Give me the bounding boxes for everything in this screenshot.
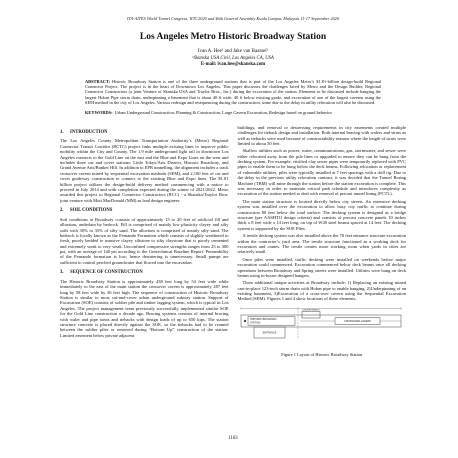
- station-layout-schematic: HISTORIC BROADWAY STATION UNDERPINNING C…: [238, 306, 406, 350]
- paper-page: ITA-AITES World Tunnel Congress, WTC2020…: [0, 0, 458, 458]
- entrance-label: ENTRANCE: [262, 331, 276, 334]
- abstract-label: ABSTRACT:: [85, 79, 110, 84]
- abstract: ABSTRACT:Historic Broadway Station is on…: [85, 79, 381, 106]
- section-heading-sequence-of-construction: 3. SEQUENCE OF CONSTRUCTION: [60, 270, 229, 276]
- section-number: 1.: [60, 130, 70, 136]
- station-west-end-marker: [244, 320, 246, 322]
- paragraph: buildings, and removal or destressing re…: [238, 125, 407, 147]
- keywords-label: KEYWORDS:: [85, 110, 113, 115]
- page-number: 1103: [60, 436, 406, 441]
- paragraph: Once piles were installed, traffic decki…: [238, 257, 407, 279]
- section-number: 2.: [60, 208, 70, 214]
- keywords-text: Urban Underground Construction, Planning…: [115, 110, 332, 115]
- paragraph: Soil conditions at Broadway consists of …: [60, 217, 229, 266]
- paragraph: A trestle decking system was also instal…: [238, 233, 407, 255]
- figure-1-layout-diagram: HISTORIC BROADWAY STATION UNDERPINNING C…: [238, 306, 407, 357]
- section-title: SEQUENCE OF CONSTRUCTION: [70, 270, 143, 276]
- station-box-label-line2: STATION: [250, 321, 261, 324]
- paragraph: The Los Angeles County Metropolitan Tran…: [60, 138, 229, 203]
- abstract-text: Historic Broadway Station is one of the …: [85, 79, 381, 106]
- affiliation-line: ¹Skanska USA Civil, Los Angeles CA, USA: [60, 56, 406, 61]
- authors-line: Ivan A. Hee¹ and Jake van Baarsel¹: [60, 49, 406, 54]
- section-number: 3.: [60, 270, 70, 276]
- cavern-label: CROSSOVER CAVERN: [344, 320, 371, 323]
- paragraph: The Historic Broadway Station is approxi…: [60, 279, 229, 338]
- paragraph: The main station structure is located di…: [238, 199, 407, 231]
- email-line: E-mail: ivan.hee@skanska.com: [60, 62, 406, 67]
- paper-title: Los Angeles Metro Historic Broadway Stat…: [60, 32, 406, 42]
- figure-caption: Figure 1 Layout of Historic Broadway Sta…: [238, 352, 407, 357]
- section-heading-introduction: 1. INTRODUCTION: [60, 130, 229, 136]
- two-column-body: 1. INTRODUCTION The Los Angeles County M…: [60, 125, 406, 357]
- running-head: ITA-AITES World Tunnel Congress, WTC2020…: [60, 16, 406, 21]
- right-column: buildings, and removal or destressing re…: [238, 125, 407, 357]
- section-title: SOIL CONDITIONS: [70, 208, 112, 214]
- paragraph: Three additional unique activities at Br…: [238, 280, 407, 302]
- underpinning-label: UNDERPINNING: [302, 309, 319, 311]
- paragraph: Shallow utilities such as power, water, …: [238, 148, 407, 197]
- section-heading-soil-conditions: 2. SOIL CONDITIONS: [60, 208, 229, 214]
- keywords: KEYWORDS:Urban Underground Construction,…: [85, 110, 381, 115]
- left-column: 1. INTRODUCTION The Los Angeles County M…: [60, 125, 229, 357]
- section-title: INTRODUCTION: [70, 130, 108, 136]
